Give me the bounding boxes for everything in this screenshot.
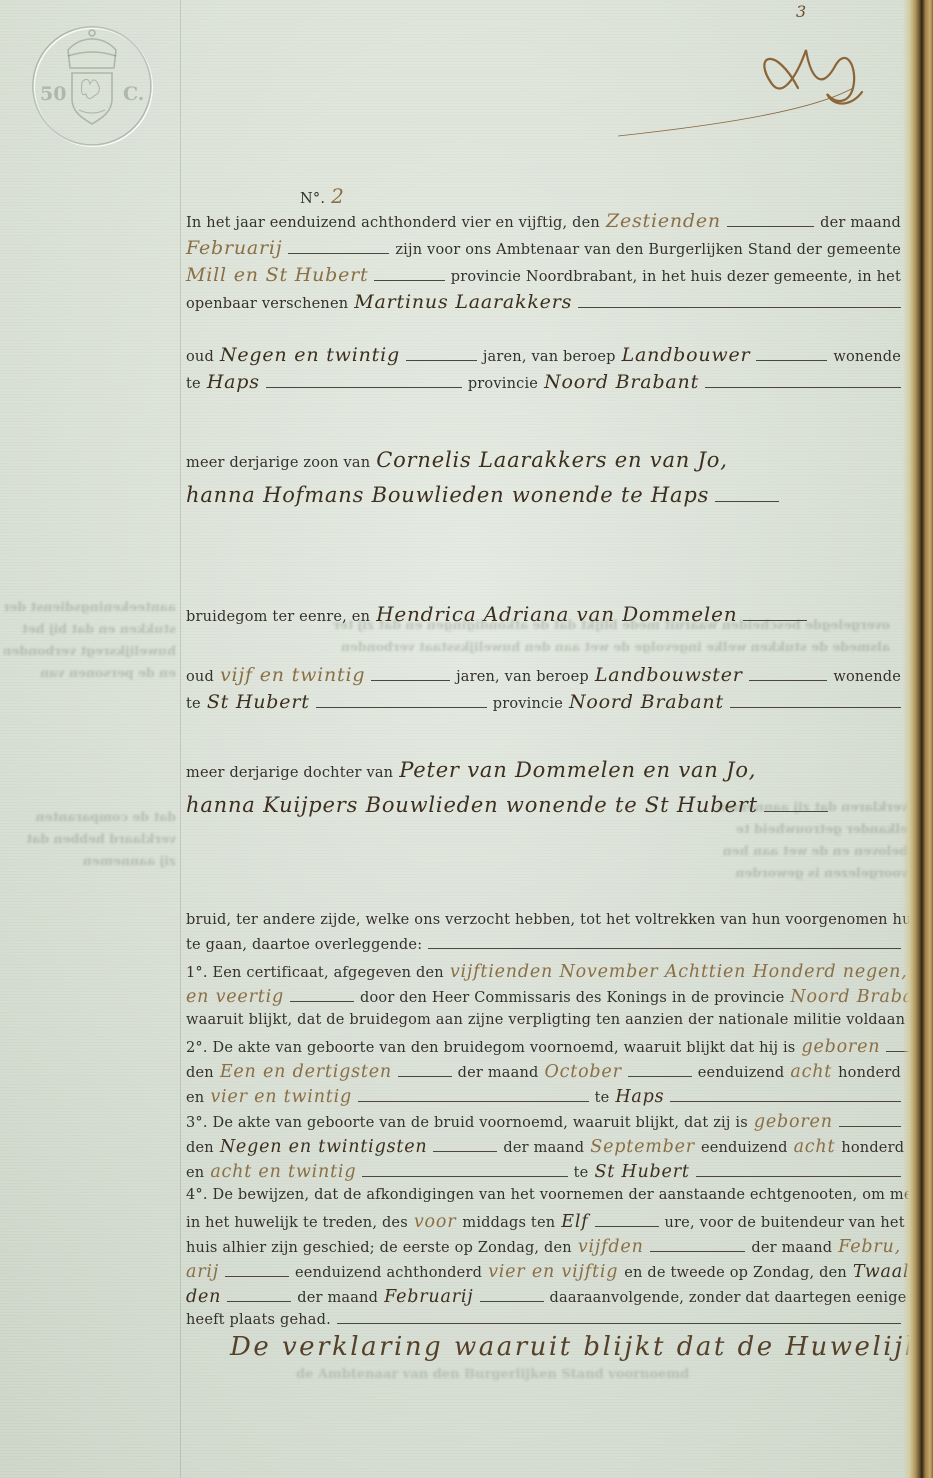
handwritten-entry: Een en dertigsten [220, 1062, 392, 1082]
document-line: en veertigdoor den Heer Commissaris des … [186, 987, 901, 1012]
fill-rule [428, 943, 901, 949]
bleed-through-block: aanteekeningsdienst derstukken en dat bi… [4, 596, 176, 696]
fill-rule [480, 1296, 544, 1302]
handwritten-entry: vijf en twintig [220, 664, 365, 686]
fill-rule [374, 275, 444, 281]
handwritten-entry: 2 [331, 184, 345, 208]
document-line: Februarijzijn voor ons Ambtenaar van den… [186, 237, 901, 264]
fill-rule [715, 496, 779, 502]
document-line: 4°. De bewijzen, dat de afkondigingen va… [186, 1187, 901, 1212]
handwritten-entry: Peter van Dommelen en van Jo, [399, 758, 756, 782]
handwritten-entry: Mill en St Hubert [186, 264, 368, 286]
handwritten-entry: vier en vijftig [488, 1262, 618, 1282]
bleed-through-line: aanteekeningsdienst der [4, 596, 176, 618]
groom-age-occupation-paragraph: oudNegen en twintigjaren, van beroepLand… [186, 344, 901, 398]
bleed-through-line: alsmede de stukken welke ingevolge de we… [200, 636, 890, 658]
fill-rule [362, 1171, 567, 1177]
document-line: hanna Hofmans Bouwlieden wonende te Haps [186, 483, 901, 518]
fill-rule [670, 1096, 901, 1102]
document-line: 3°. De akte van geboorte van de bruid vo… [186, 1112, 901, 1137]
handwritten-entry: arij [186, 1262, 219, 1282]
printed-text: provincie Noordbrabant, in het huis deze… [451, 269, 901, 285]
handwritten-entry: Haps [615, 1087, 664, 1107]
bleed-through-line: stukken en dat bij het [4, 618, 176, 640]
printed-text: middags ten [462, 1215, 555, 1231]
fill-rule [756, 355, 827, 361]
document-line: openbaar verschenenMartinus Laarakkers [186, 291, 901, 318]
handwritten-entry: St Hubert [207, 691, 310, 713]
fill-rule [337, 1318, 901, 1324]
handwritten-entry: Noord Brabant [544, 371, 699, 393]
printed-text: huis alhier zijn geschied; de eerste op … [186, 1240, 572, 1256]
printed-text: heeft plaats gehad. [186, 1312, 331, 1328]
fill-rule [406, 355, 477, 361]
handwritten-entry: acht en twintig [210, 1162, 356, 1182]
stamp-value-left: 50 [40, 83, 66, 105]
bride-name-paragraph: bruidegom ter eenre, enHendrica Adriana … [186, 602, 901, 632]
printed-text: meer derjarige dochter van [186, 765, 393, 781]
embossed-revenue-stamp-icon: 50 C. [24, 18, 160, 154]
page-number: 3 [796, 2, 806, 21]
handwritten-entry: en veertig [186, 987, 284, 1007]
clerk-paraph-signature [600, 26, 910, 141]
fill-rule [595, 1221, 659, 1227]
printed-text: te [186, 376, 201, 392]
printed-text: eenduizend [698, 1065, 785, 1081]
document-line: teHapsprovincieNoord Brabant [186, 371, 901, 398]
fill-rule [696, 1171, 901, 1177]
fill-rule [743, 615, 807, 621]
fill-rule [749, 675, 828, 681]
printed-text: provincie [468, 376, 538, 392]
printed-text: provincie [493, 696, 563, 712]
printed-text: te [574, 1165, 589, 1181]
handwritten-entry: den [186, 1287, 221, 1307]
handwritten-entry: geboren [801, 1037, 880, 1057]
bleed-through-line: zij aannemen [4, 850, 176, 872]
printed-text: N°. [300, 191, 325, 207]
bride-age-occupation-paragraph: oudvijf en twintigjaren, van beroepLandb… [186, 664, 901, 718]
handwritten-entry: acht [794, 1137, 836, 1157]
document-line: In het jaar eenduizend achthonderd vier … [186, 210, 901, 237]
handwritten-entry: Cornelis Laarakkers en van Jo, [376, 448, 727, 472]
opening-paragraph: In het jaar eenduizend achthonderd vier … [186, 210, 901, 318]
printed-text: wonende [833, 669, 901, 685]
handwritten-entry: Landbouwer [622, 344, 751, 366]
document-line: huis alhier zijn geschied; de eerste op … [186, 1237, 901, 1262]
fill-rule [650, 1246, 746, 1252]
printed-text: jaren, van beroep [456, 669, 589, 685]
document-line: enacht en twintigteSt Hubert [186, 1162, 901, 1187]
document-line: teSt HubertprovincieNoord Brabant [186, 691, 901, 718]
handwritten-entry: Februarij [384, 1287, 473, 1307]
handwritten-entry: Negen en twintigsten [220, 1137, 428, 1157]
bleed-through-line: huwelijksregt verbonden [4, 640, 176, 662]
handwritten-entry: vier en twintig [210, 1087, 352, 1107]
document-line: 2°. De akte van geboorte van den bruideg… [186, 1037, 901, 1062]
printed-text: te gaan, daartoe overleggende: [186, 937, 422, 953]
printed-text: eenduizend [701, 1140, 788, 1156]
document-line: 1°. Een certificaat, afgegeven denvijfti… [186, 962, 901, 987]
handwritten-entry: vijfden [578, 1237, 644, 1257]
printed-text: in het huwelijk te treden, des [186, 1215, 408, 1231]
act-number-line: N°.2 [300, 184, 345, 208]
handwritten-entry: September [590, 1137, 695, 1157]
document-line: bruidegom ter eenre, enHendrica Adriana … [186, 602, 901, 632]
handwritten-entry: Zestienden [606, 210, 721, 232]
document-line: Mill en St Hubertprovincie Noordbrabant,… [186, 264, 901, 291]
printed-text: 4°. De bewijzen, dat de afkondigingen va… [186, 1187, 933, 1203]
fill-rule [398, 1071, 452, 1077]
printed-text: oud [186, 349, 214, 365]
fill-rule [227, 1296, 291, 1302]
printed-text: der maand [458, 1065, 539, 1081]
document-line: oudNegen en twintigjaren, van beroepLand… [186, 344, 901, 371]
printed-text: door den Heer Commissaris des Konings in… [360, 990, 784, 1006]
handwritten-entry: Februarij [186, 237, 282, 259]
printed-text: bruidegom ter eenre, en [186, 609, 370, 625]
fill-rule [316, 702, 487, 708]
printed-text: 3°. De akte van geboorte van de bruid vo… [186, 1115, 748, 1131]
printed-text: oud [186, 669, 214, 685]
document-line: dender maandFebruarijdaaraanvolgende, zo… [186, 1287, 901, 1312]
printed-text: honderd [841, 1140, 904, 1156]
page-edge [903, 0, 933, 1478]
document-line: arijeenduizend achthonderdvier en vijfti… [186, 1262, 901, 1287]
printed-text: bruid, ter andere zijde, welke ons verzo… [186, 912, 933, 928]
printed-text: en [186, 1090, 204, 1106]
printed-text: wonende [833, 349, 901, 365]
printed-text: te [595, 1090, 610, 1106]
document-line: envier en twintigteHaps [186, 1087, 901, 1112]
fill-rule [290, 996, 354, 1002]
handwritten-entry: Landbouwster [595, 664, 743, 686]
handwritten-entry: hanna Hofmans Bouwlieden wonende te Haps [186, 483, 709, 507]
printed-text: en [186, 1165, 204, 1181]
document-line: in het huwelijk te treden, desvoormiddag… [186, 1212, 901, 1237]
printed-text: jaren, van beroep [483, 349, 616, 365]
stamp-value-right: C. [123, 83, 144, 105]
handwritten-entry: Noord Brabant [569, 691, 724, 713]
page-fold-line [180, 0, 181, 1478]
fill-rule [628, 1071, 692, 1077]
handwritten-entry: Haps [207, 371, 260, 393]
fill-rule [730, 702, 901, 708]
handwritten-entry: hanna Kuijpers Bouwlieden wonende te St … [186, 793, 758, 817]
printed-text: daaraanvolgende, zonder dat daartegen ee… [550, 1290, 933, 1306]
printed-text: honderd [838, 1065, 901, 1081]
fill-rule [764, 806, 828, 812]
handwritten-entry: De verklaring waaruit blijkt dat de Huwe… [230, 1332, 933, 1362]
handwritten-entry: Martinus Laarakkers [354, 291, 572, 313]
printed-text: der maand [820, 215, 901, 231]
bride-parents-paragraph: meer derjarige dochter vanPeter van Domm… [186, 758, 901, 828]
fill-rule [578, 302, 901, 308]
closing-handwritten-line: De verklaring waaruit blijkt dat de Huwe… [186, 1332, 901, 1376]
bleed-through-line: verklaard hebben dat [4, 828, 176, 850]
document-line: meer derjarige zoon vanCornelis Laarakke… [186, 448, 901, 483]
handwritten-entry: voor [414, 1212, 457, 1232]
printed-text: 2°. De akte van geboorte van den bruideg… [186, 1040, 795, 1056]
printed-text: eenduizend achthonderd [295, 1265, 482, 1281]
document-line: bruid, ter andere zijde, welke ons verzo… [186, 912, 901, 937]
document-line: N°.2 [300, 184, 345, 208]
handwritten-entry: vijftienden November Achttien Honderd ne… [450, 962, 908, 982]
document-line: denNegen en twintigstender maandSeptembe… [186, 1137, 901, 1162]
fill-rule [225, 1271, 289, 1277]
fill-rule [358, 1096, 589, 1102]
fill-rule [705, 382, 901, 388]
printed-text: ure, voor de buitendeur van het gemeente… [665, 1215, 933, 1231]
handwritten-entry: Hendrica Adriana van Dommelen [376, 602, 737, 626]
printed-text: openbaar verschenen [186, 296, 348, 312]
handwritten-entry: Elf [561, 1212, 588, 1232]
groom-parents-paragraph: meer derjarige zoon vanCornelis Laarakke… [186, 448, 901, 518]
printed-text: 1°. Een certificaat, afgegeven den [186, 965, 444, 981]
fill-rule [371, 675, 450, 681]
handwritten-entry: acht [790, 1062, 832, 1082]
fill-rule [433, 1146, 497, 1152]
printed-text: In het jaar eenduizend achthonderd vier … [186, 215, 600, 231]
fill-rule [727, 221, 814, 227]
printed-text: den [186, 1065, 214, 1081]
handwritten-entry: October [545, 1062, 622, 1082]
handwritten-entry: Negen en twintig [220, 344, 400, 366]
document-line: denEen en dertigstender maandOctobereend… [186, 1062, 901, 1087]
printed-text: den [186, 1140, 214, 1156]
printed-text: meer derjarige zoon van [186, 455, 370, 471]
fill-rule [839, 1121, 901, 1127]
fill-rule [266, 382, 462, 388]
printed-text: der maand [503, 1140, 584, 1156]
documents-submitted-paragraph: bruid, ter andere zijde, welke ons verzo… [186, 912, 901, 1337]
printed-text: der maand [751, 1240, 832, 1256]
handwritten-entry: St Hubert [594, 1162, 689, 1182]
printed-text: en de tweede op Zondag, den [624, 1265, 847, 1281]
fill-rule [288, 248, 389, 254]
document-line: De verklaring waaruit blijkt dat de Huwe… [230, 1332, 901, 1376]
marriage-certificate-scan: aanteekeningsdienst derstukken en dat bi… [0, 0, 933, 1478]
document-line: waaruit blijkt, dat de bruidegom aan zij… [186, 1012, 901, 1037]
printed-text: waaruit blijkt, dat de bruidegom aan zij… [186, 1012, 933, 1028]
printed-text: der maand [297, 1290, 378, 1306]
document-line: hanna Kuijpers Bouwlieden wonende te St … [186, 793, 901, 828]
printed-text: te [186, 696, 201, 712]
bleed-through-line: beloven en de wet aan hen [556, 840, 908, 862]
document-line: meer derjarige dochter vanPeter van Domm… [186, 758, 901, 793]
bleed-through-line: en de personen van [4, 662, 176, 684]
bleed-through-line: voorgelezen is geworden [556, 862, 908, 884]
printed-text: zijn voor ons Ambtenaar van den Burgerli… [395, 242, 901, 258]
bleed-through-block: dat de comparantenverklaard hebben datzi… [4, 806, 176, 882]
document-line: te gaan, daartoe overleggende: [186, 937, 901, 962]
handwritten-entry: Febru, [838, 1237, 901, 1257]
document-line: oudvijf en twintigjaren, van beroepLandb… [186, 664, 901, 691]
handwritten-entry: geboren [754, 1112, 833, 1132]
bleed-through-line: dat de comparanten [4, 806, 176, 828]
